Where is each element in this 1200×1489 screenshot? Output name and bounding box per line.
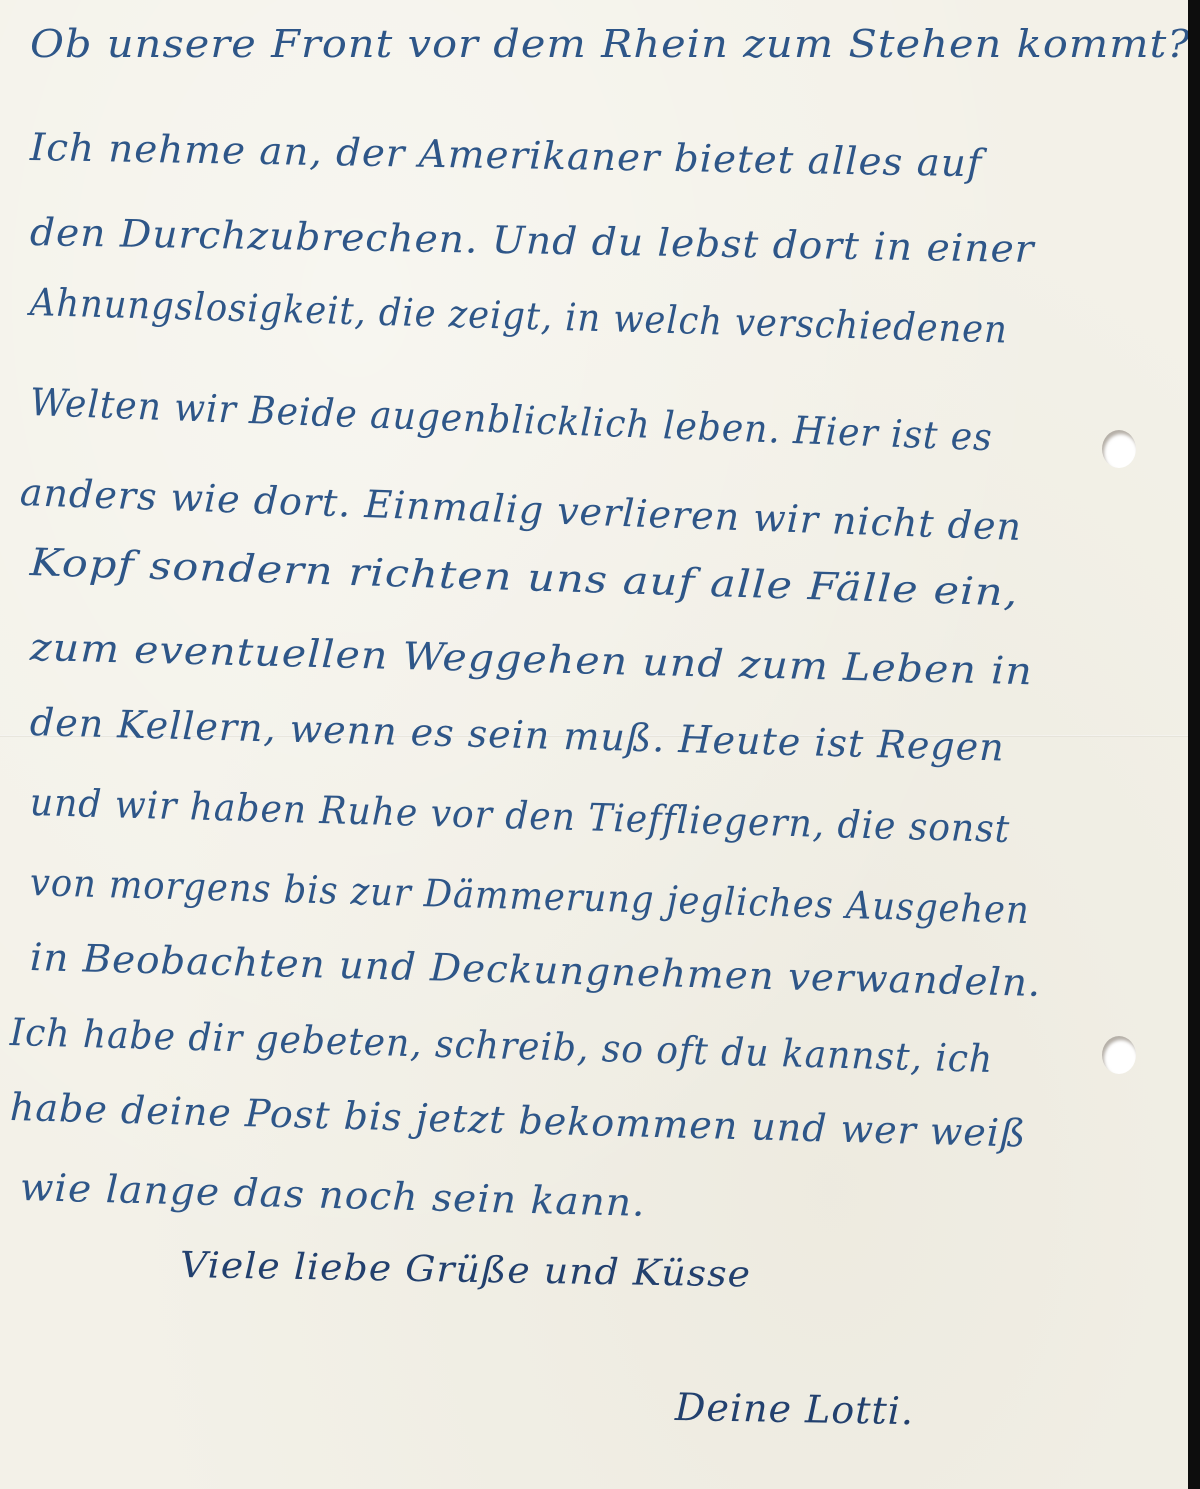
punch-hole-bottom	[1102, 1036, 1136, 1074]
scan-border	[1188, 0, 1200, 1489]
letter-line-7: Kopf sondern richten uns auf alle Fälle …	[29, 540, 1019, 615]
letter-line-15: wie lange das noch sein kann.	[19, 1165, 646, 1225]
letter-line-6: anders wie dort. Einmalig verlieren wir …	[19, 470, 1022, 549]
letter-line-13: Ich habe dir gebeten, schreib, so oft du…	[9, 1010, 993, 1081]
letter-line-12: in Beobachten und Deckungnehmen verwande…	[29, 935, 1041, 1005]
letter-line-1: Ob unsere Front vor dem Rhein zum Stehen…	[30, 22, 1188, 66]
letter-signature: Deine Lotti.	[675, 1385, 915, 1433]
letter-line-8: zum eventuellen Weggehen und zum Leben i…	[29, 625, 1033, 693]
letter-line-10: und wir haben Ruhe vor den Tieffliegern,…	[29, 780, 1010, 851]
letter-line-5: Welten wir Beide augenblicklich leben. H…	[29, 380, 993, 459]
letter-line-11: von morgens bis zur Dämmerung jegliches …	[29, 860, 1030, 932]
letter-page: Ob unsere Front vor dem Rhein zum Stehen…	[0, 0, 1188, 1489]
letter-line-9: den Kellern, wenn es sein muß. Heute ist…	[29, 700, 1005, 770]
letter-line-14: habe deine Post bis jetzt bekommen und w…	[9, 1085, 1027, 1156]
letter-closing: Viele liebe Grüße und Küsse	[180, 1245, 752, 1295]
letter-line-2: Ich nehme an, der Amerikaner bietet alle…	[30, 125, 983, 185]
letter-line-3: den Durchzubrechen. Und du lebst dort in…	[30, 210, 1035, 271]
punch-hole-top	[1102, 430, 1136, 468]
letter-line-4: Ahnungslosigkeit, die zeigt, in welch ve…	[29, 280, 1008, 352]
